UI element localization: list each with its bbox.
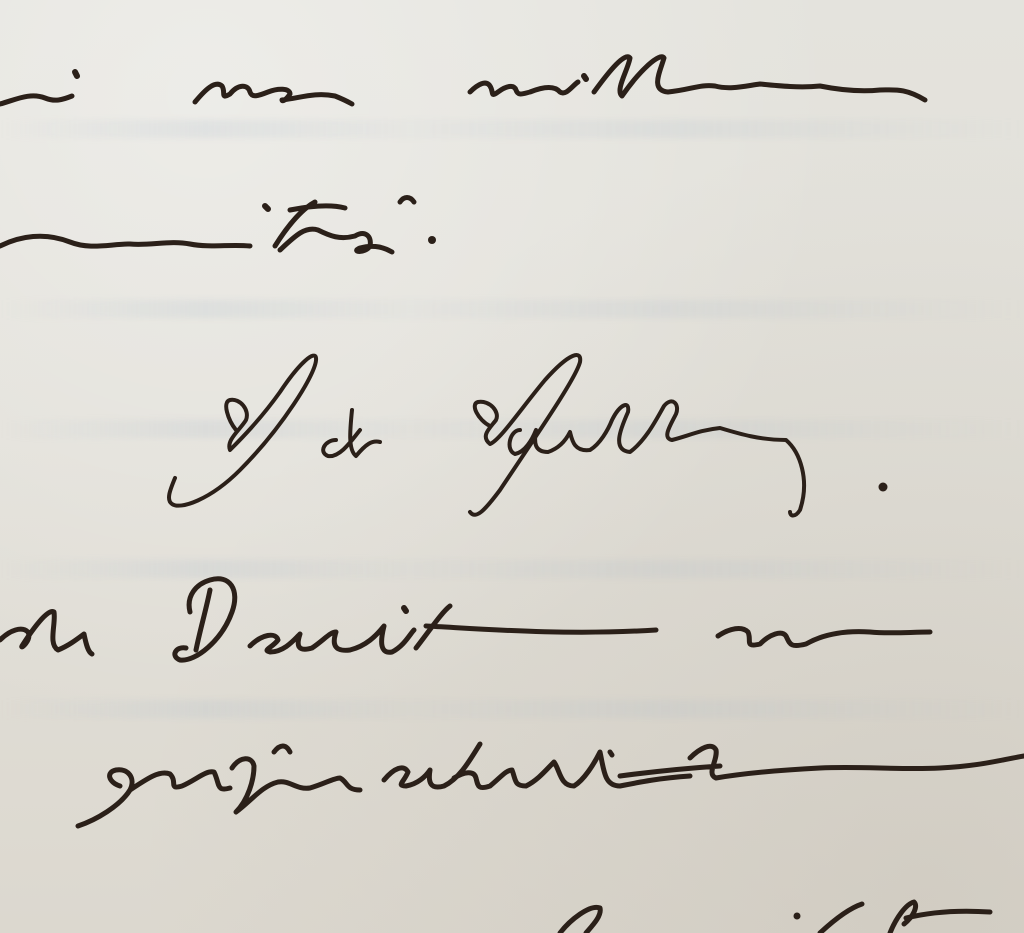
show-through-mark <box>0 120 1024 138</box>
show-through-mark <box>0 300 1024 318</box>
show-through-mark <box>0 700 1024 718</box>
show-through-mark <box>0 560 1024 578</box>
paper-background <box>0 0 1024 933</box>
